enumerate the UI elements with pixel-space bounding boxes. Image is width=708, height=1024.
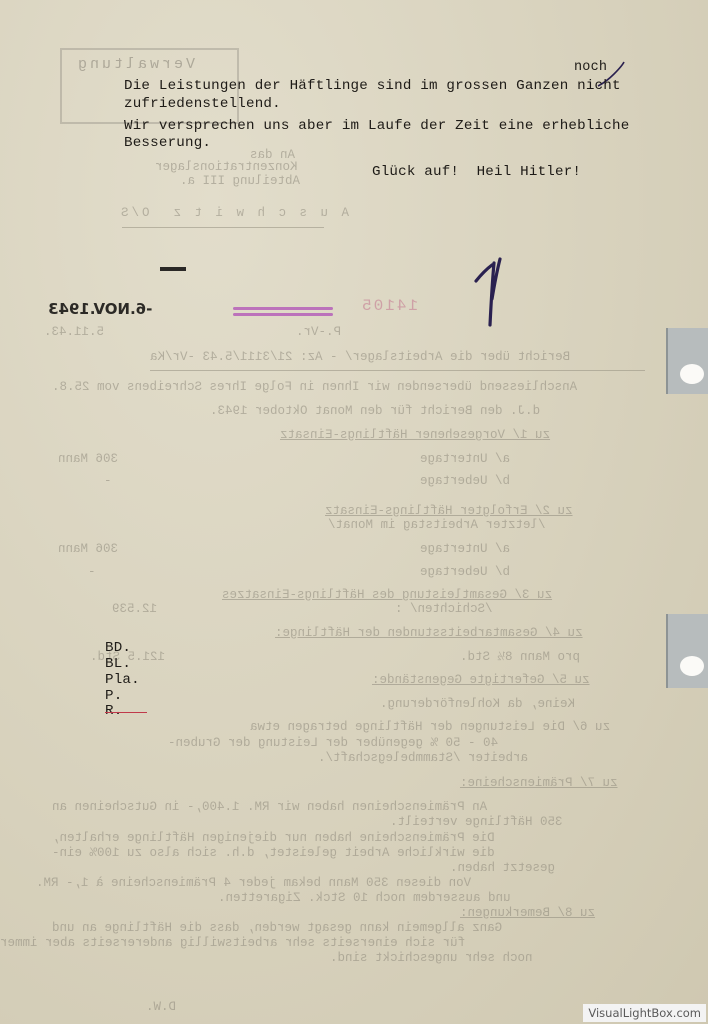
bleed-s7-l1: An Prämienscheinen haben wir RM. 1.400,-…	[52, 800, 487, 814]
bleed-s4-sub: pro Mann 8½ Std.	[460, 650, 580, 664]
bleed-s7-l5: gesetzt haben.	[450, 861, 555, 875]
received-stamp-text: Verwaltung	[75, 56, 195, 73]
paragraph1-line1: Die Leistungen der Häftlinge sind im gro…	[124, 78, 621, 94]
bleed-s7-l4: die wirkliche Arbeit geleistet, d.h. sic…	[52, 846, 495, 860]
binder-tab-upper	[666, 328, 708, 394]
punch-hole-upper	[680, 364, 704, 384]
bleed-s5-heading: zu 5/ Gefertigte Gegenstände:	[372, 673, 590, 687]
purple-pencil-stroke	[233, 307, 333, 310]
bleed-s8-l1: Ganz allgemein kann gesagt werden, dass …	[52, 921, 502, 935]
bleed-s6-line2: 40 - 50 % gegenüber der Leistung der Gru…	[168, 736, 498, 750]
bleed-intro1: Anschliessend übersenden wir Ihnen in Fo…	[52, 380, 577, 394]
bleed-s1-b: b/ Uebertage	[420, 474, 510, 488]
bleed-intro2: d.J. den Bericht für den Monat Oktober 1…	[210, 404, 540, 418]
bleed-s1-b-val: -	[104, 474, 112, 488]
bleed-s7-heading: zu 7/ Prämienscheine:	[460, 776, 618, 790]
distribution-p: P.	[105, 688, 122, 704]
bleed-s2-a-val: 306 Mann	[58, 542, 118, 556]
binder-tab-lower	[666, 614, 708, 688]
purple-pencil-stroke	[233, 313, 333, 316]
distribution-bl: BL.	[105, 656, 131, 672]
ink-dash-mark	[160, 267, 186, 271]
bleed-s8-l3: noch sehr ungeschickt sind.	[330, 951, 533, 965]
bleed-s7-l6: Von diesen 350 Mann bekam jeder 4 Prämie…	[36, 876, 471, 890]
bleed-s2-b: b/ Uebertage	[420, 565, 510, 579]
closing-salutation: Glück auf! Heil Hitler!	[372, 164, 581, 180]
paragraph1-line2: zufriedenstellend.	[124, 96, 281, 112]
bleed-underline	[122, 227, 324, 228]
bleed-s1-a-val: 306 Mann	[58, 452, 118, 466]
paragraph2-line2: Besserung.	[124, 135, 211, 151]
handwritten-one-mark	[470, 255, 510, 335]
bleed-s2-heading: zu 2/ Erfolgter Häftlings-Einsatz	[325, 504, 573, 518]
bleed-s2-sub: /letzter Arbeitstag im Monat/	[328, 518, 546, 532]
bleed-s5-body: Keine, da Kohlenförderung.	[380, 697, 575, 711]
document-page: Verwaltung noch Die Leistungen der Häftl…	[0, 0, 708, 1024]
watermark: VisualLightBox.com	[583, 1004, 706, 1022]
bleed-s1-heading: zu 1/ Vorgesehener Häftlings-Einsatz	[280, 428, 550, 442]
bleed-s7-l2: 350 Häftlinge verteilt.	[390, 815, 563, 829]
bleed-s3-sub: /Schichten/ :	[395, 602, 493, 616]
distribution-r: R.	[105, 703, 122, 719]
date-stamp: -6.NOV.1943	[48, 300, 152, 318]
red-pencil-underline	[105, 712, 147, 713]
bleed-s6-line3: arbeiter /Stammbelegschaft/.	[318, 751, 528, 765]
distribution-bd: BD.	[105, 640, 131, 656]
bleed-ref-date: 5.11.43.	[44, 325, 104, 339]
bleed-s8-l2: für sich einerseits sehr arbeitswillig a…	[0, 936, 465, 950]
bleed-s1-a: a/ Untertage	[420, 452, 510, 466]
bleed-s3-heading: zu 3/ Gesamtleistung des Häftlings-Einsa…	[222, 588, 552, 602]
bleed-addressee-city: A u s c h w i t z O/S	[118, 206, 349, 220]
bleed-subject-underline	[150, 370, 645, 371]
bleed-ref-left: P.-Vr.	[296, 325, 341, 339]
bleed-s6-line1: zu 6/ Die Leistungen der Häftlinge betra…	[250, 720, 610, 734]
bleed-s4-heading: zu 4/ Gesamtarbeitsstunden der Häftlinge…	[275, 626, 583, 640]
punch-hole-lower	[680, 656, 704, 676]
bleed-addressee-line3: Abteilung III a.	[180, 174, 300, 188]
bleed-subject: Bericht über die Arbeitslager/ - Az: 21/…	[150, 350, 570, 364]
bleed-addressee-line2: Konzentrationslager	[155, 160, 298, 174]
paragraph2-line1: Wir versprechen uns aber im Laufe der Ze…	[124, 118, 629, 134]
bleed-s7-l3: Die Prämienscheine haben nur diejenigen …	[52, 831, 495, 845]
red-number-stamp: 14105	[360, 297, 418, 315]
bleed-s8-heading: zu 8/ Bemerkungen:	[460, 906, 595, 920]
bleed-s2-b-val: -	[88, 565, 96, 579]
bleed-footer-initials: D.W.	[146, 1000, 176, 1014]
distribution-pla: Pla.	[105, 672, 140, 688]
bleed-s3-val: 12.539	[112, 602, 157, 616]
bleed-s7-l7: und ausserdem noch 10 Stck. Zigaretten.	[218, 891, 511, 905]
bleed-s2-a: a/ Untertage	[420, 542, 510, 556]
